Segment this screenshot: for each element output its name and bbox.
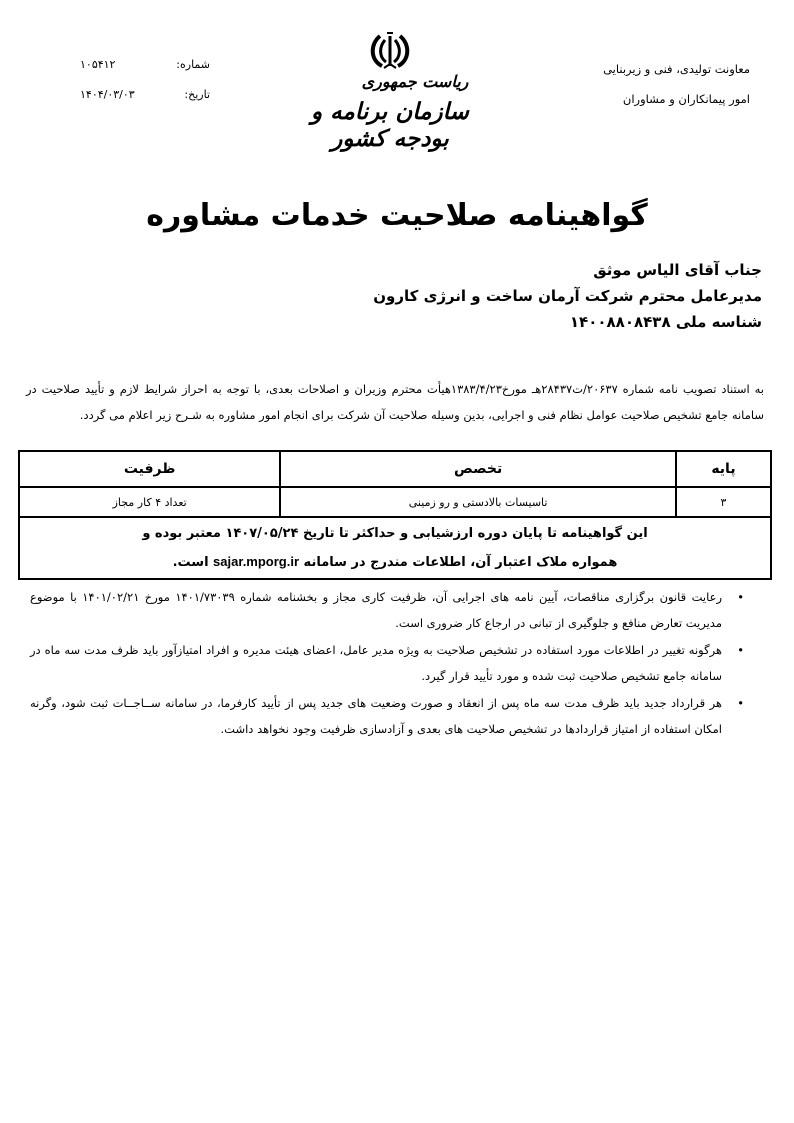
validity-note: این گواهینامه تا پایان دوره ارزشیابی و ح… [19,517,771,579]
table-row: ۳ تاسیسات بالادستی و رو زمینی تعداد ۴ کا… [19,487,771,517]
cell-specialty: تاسیسات بالادستی و رو زمینی [280,487,676,517]
reference-block: شماره: ۱۰۵۴۱۲ تاریخ: ۱۴۰۴/۰۳/۰۳ [80,56,210,116]
national-id: شناسه ملی ۱۴۰۰۸۸۰۸۴۳۸ [342,310,762,336]
date-label: تاریخ: [168,86,210,116]
validity-note-row: این گواهینامه تا پایان دوره ارزشیابی و ح… [19,517,771,579]
addressee-name: جناب آقای الیاس موثق [342,258,762,284]
list-item: • رعایت قانون برگزاری مناقصات، آیین نامه… [30,584,722,636]
department-line-1: معاونت تولیدی، فنی و زیربنایی [530,60,750,90]
validity-prefix: همواره ملاک اعتبار آن، اطلاعات مندرج در … [299,555,617,570]
header-specialty: تخصص [280,451,676,487]
validity-line-2: همواره ملاک اعتبار آن، اطلاعات مندرج در … [20,548,770,577]
notes-list: • رعایت قانون برگزاری مناقصات، آیین نامه… [30,584,744,743]
sajar-site-link[interactable]: sajar.mporg.ir [213,554,299,569]
number-value: ۱۰۵۴۱۲ [80,56,168,86]
validity-suffix: است. [173,555,213,570]
bullet-icon: • [737,690,744,716]
bullet-icon: • [737,637,744,663]
header-grade: پایه [676,451,771,487]
number-label: شماره: [168,56,210,86]
note-text: هرگونه تغییر در اطلاعات مورد استفاده در … [30,643,722,683]
bullet-icon: • [737,584,744,610]
number-row: شماره: ۱۰۵۴۱۲ [80,56,210,86]
qualification-table: پایه تخصص ظرفیت ۳ تاسیسات بالادستی و رو … [18,450,772,580]
body-paragraph: به استناد تصویب نامه شماره ۲۰۶۳۷/ت۲۸۴۳۷ه… [26,376,764,428]
org-subtitle: ریاست جمهوری [360,72,470,91]
validity-line-1: این گواهینامه تا پایان دوره ارزشیابی و ح… [20,520,770,548]
note-text: رعایت قانون برگزاری مناقصات، آیین نامه ه… [30,590,722,630]
addressee-block: جناب آقای الیاس موثق مدیرعامل محترم شرکت… [342,258,762,336]
cell-capacity: تعداد ۴ کار مجاز [19,487,280,517]
header-capacity: ظرفیت [19,451,280,487]
department-block: معاونت تولیدی، فنی و زیربنایی امور پیمان… [530,60,750,120]
org-name-logo: سازمان برنامه و بودجه کشور [290,98,490,152]
list-item: • هرگونه تغییر در اطلاعات مورد استفاده د… [30,637,722,689]
addressee-position: مدیرعامل محترم شرکت آرمان ساخت و انرژی ک… [342,284,762,310]
iran-emblem-icon [366,30,414,72]
page-title: گواهینامه صلاحیت خدمات مشاوره [0,198,794,233]
department-line-2: امور پیمانکاران و مشاوران [530,90,750,120]
cell-grade: ۳ [676,487,771,517]
date-row: تاریخ: ۱۴۰۴/۰۳/۰۳ [80,86,210,116]
list-item: • هر قرارداد جدید باید ظرف مدت سه ماه پس… [30,690,722,742]
date-value: ۱۴۰۴/۰۳/۰۳ [80,86,168,116]
table-header-row: پایه تخصص ظرفیت [19,451,771,487]
note-text: هر قرارداد جدید باید ظرف مدت سه ماه پس ا… [30,696,722,736]
